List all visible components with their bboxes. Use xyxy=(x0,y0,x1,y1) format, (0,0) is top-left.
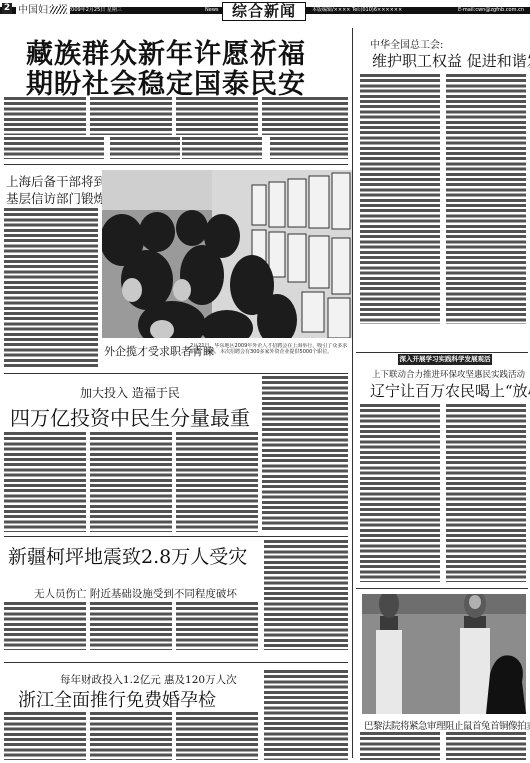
investment-body-col2 xyxy=(90,432,172,532)
lead-body-col2 xyxy=(90,97,172,135)
divider xyxy=(4,536,348,537)
lead-body-col1 xyxy=(4,97,86,135)
bronze-heads-photo xyxy=(362,594,526,714)
union-kicker: 中华全国总工会: xyxy=(370,36,443,51)
divider xyxy=(356,588,528,589)
zhejiang-headline: 浙江全面推行免费婚孕检 xyxy=(18,686,216,712)
zhejiang-body-col3 xyxy=(176,712,258,760)
zhejiang-kicker: 每年财政投入1.2亿元 惠及120万人次 xyxy=(60,672,237,687)
divider xyxy=(4,373,348,374)
lead-body-cont2 xyxy=(110,137,180,159)
section-title: 综合新闻 xyxy=(222,2,306,21)
hatch-decoration xyxy=(50,6,66,14)
investment-body-col4 xyxy=(262,376,348,532)
liaoning-headline: 辽宁让百万农民喝上“放心水” xyxy=(370,380,530,401)
zhejiang-body-col4 xyxy=(264,670,348,760)
divider xyxy=(4,662,348,663)
divider xyxy=(4,164,348,165)
lead-headline-2: 期盼社会稳定国泰民安 xyxy=(26,62,306,101)
shanghai-body xyxy=(4,208,98,368)
investment-body-col1 xyxy=(4,432,86,532)
page-number: 2 xyxy=(2,3,12,14)
paris-headline: 巴黎法院将紧急审理阻止鼠首兔首铜像拍卖案 xyxy=(364,718,530,732)
union-body-col2 xyxy=(446,74,526,324)
liaoning-kicker: 上下联动合力推进环保攻坚惠民实践活动 xyxy=(372,368,525,380)
paris-body-col1 xyxy=(360,732,440,760)
xinjiang-body-col4 xyxy=(264,540,348,650)
column-divider xyxy=(352,28,353,758)
issue-date: 2009年2月25日 星期三 xyxy=(68,7,122,14)
email-line: E-mail:cwn@zgfnb.com.cn xyxy=(458,7,524,14)
xinjiang-body-col1 xyxy=(4,602,86,650)
paris-body-col2 xyxy=(446,732,526,760)
investment-headline: 四万亿投资中民生分量最重 xyxy=(10,402,250,431)
union-body-col1 xyxy=(360,74,440,324)
editor-line: 本版编辑/×××× Tel:(010)6×××××× xyxy=(312,7,402,14)
shanghai-headline-1: 上海后备干部将到 xyxy=(6,172,106,190)
job-fair-photo xyxy=(102,170,352,338)
job-fair-photo-image xyxy=(102,170,352,338)
lead-body-cont1 xyxy=(4,137,104,159)
xinjiang-subhead: 无人员伤亡 附近基础设施受到不同程度破坏 xyxy=(34,586,237,601)
news-label: News xyxy=(205,7,219,14)
investment-body-col3 xyxy=(176,432,258,532)
xinjiang-headline: 新疆柯坪地震致2.8万人受灾 xyxy=(8,542,247,569)
investment-kicker: 加大投入 造福于民 xyxy=(80,384,180,401)
lead-body-cont4 xyxy=(270,137,348,159)
photo-jobs-caption: 2月21日，华东地区2009年外企人才招聘会在上海举行，吸引了众多求职者。据悉，… xyxy=(190,343,350,367)
union-headline: 维护职工权益 促进和谐发展 xyxy=(372,50,530,71)
xinjiang-body-col2 xyxy=(90,602,172,650)
lead-body-col3 xyxy=(176,97,258,135)
lead-body-col4 xyxy=(262,97,348,135)
divider xyxy=(356,352,528,353)
lead-body-cont3 xyxy=(182,137,262,159)
xinjiang-body-col3 xyxy=(176,602,258,650)
liaoning-banner: 深入开展学习实践科学发展观活动 xyxy=(398,354,492,365)
zhejiang-body-col2 xyxy=(90,712,172,760)
bronze-heads-image xyxy=(362,594,526,714)
masthead: 2 中国妇女报 2009年2月25日 星期三 News 综合新闻 本版编辑/××… xyxy=(0,0,530,18)
zhejiang-body-col1 xyxy=(4,712,86,760)
shanghai-headline-2: 基层信访部门锻炼 xyxy=(6,189,106,207)
liaoning-body-col2 xyxy=(446,404,526,582)
liaoning-body-col1 xyxy=(360,404,440,582)
